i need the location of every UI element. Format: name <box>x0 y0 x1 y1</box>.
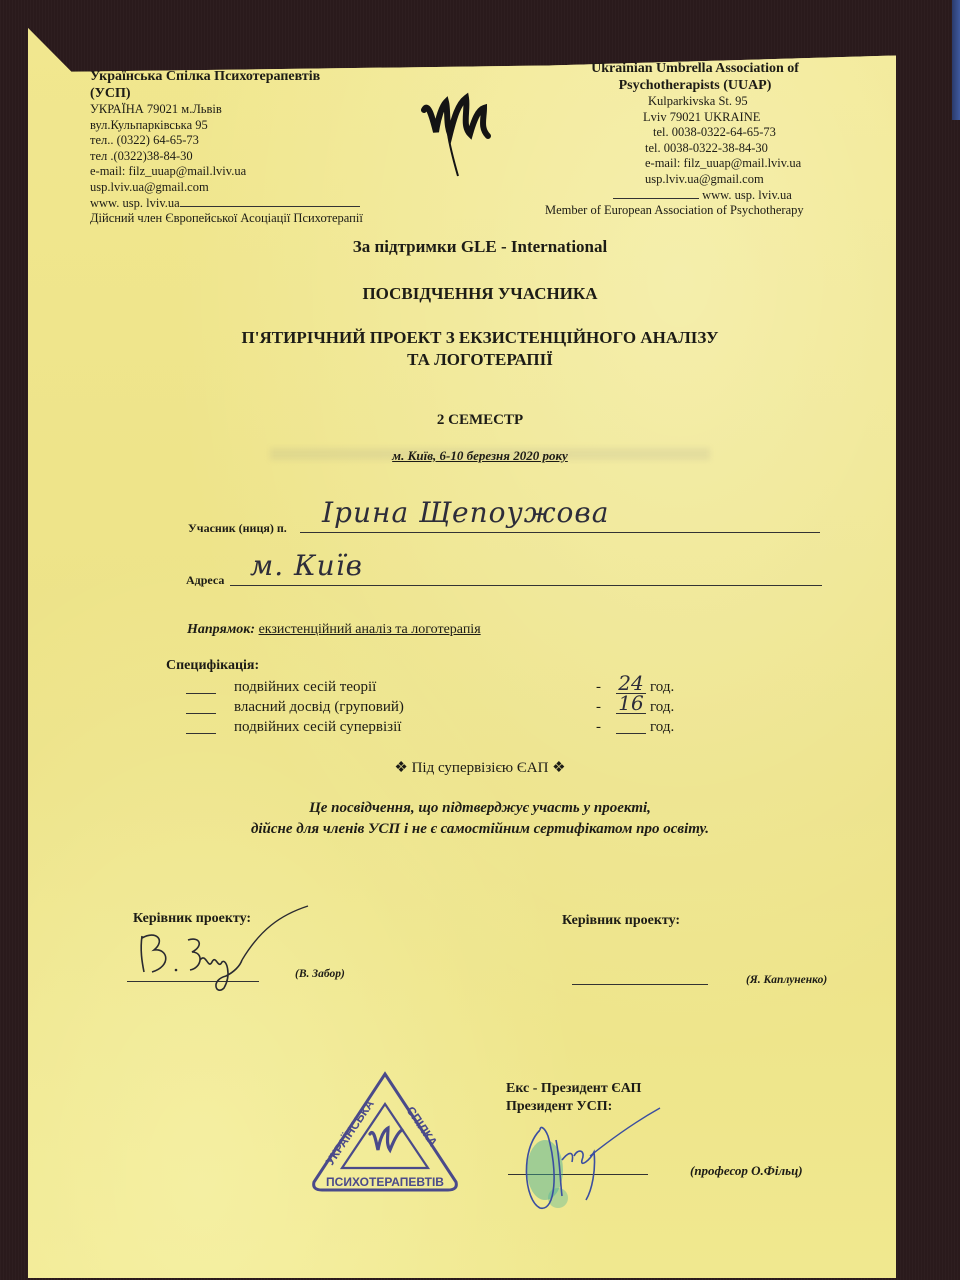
background-object <box>952 0 960 120</box>
president-signature-icon <box>500 1100 670 1220</box>
email-line: e-mail: filz_uuap@mail.lviv.ua <box>90 164 390 180</box>
header-left: Українська Спілка Психотерапевтів (УСП) … <box>90 68 390 227</box>
phone-line: тел.. (0322) 64-65-73 <box>90 133 390 149</box>
participant-label: Учасник (ниця) п. <box>188 521 287 536</box>
spec-row: власний досвід (груповий) - 16 год. <box>186 699 686 719</box>
participant-field: Ірина Щепоужова <box>300 500 820 533</box>
website-line: www. usp. lviv.ua <box>545 188 845 204</box>
org-abbr-ua: (УСП) <box>90 85 390 102</box>
phone-line: тел .(0322)38-84-30 <box>90 149 390 165</box>
org-name-ua: Українська Спілка Психотерапевтів <box>90 68 390 85</box>
header-right: Ukrainian Umbrella Association of Psycho… <box>545 60 845 219</box>
blank-line <box>186 719 216 734</box>
left-signatory-name: (В. Забор) <box>295 968 345 980</box>
direction-value: екзистенційний аналіз та логотерапія <box>259 622 481 637</box>
membership-ua: Дійсний член Європейської Асоціації Псих… <box>90 211 390 227</box>
membership-en: Member of European Association of Psycho… <box>545 203 845 219</box>
phone-line: tel. 0038-0322-38-84-30 <box>545 141 845 157</box>
email-line: e-mail: filz_uuap@mail.lviv.ua <box>545 156 845 172</box>
spec-row: подвійних сесій теорії - 24 год. <box>186 679 686 699</box>
project-title: П'ЯТИРІЧНИЙ ПРОЕКТ З ЕКЗИСТЕНЦІЙНОГО АНА… <box>0 327 960 371</box>
right-signatory-name: (Я. Каплуненко) <box>746 974 827 986</box>
usp-logo-icon <box>418 88 498 178</box>
place-date: м. Київ, 6-10 березня 2020 року <box>0 448 960 464</box>
organization-stamp: УКРАЇНСЬКА СПІЛКА ПСИХОТЕРАПЕВТІВ <box>310 1070 460 1195</box>
right-signature-label: Керівник проекту: <box>562 913 680 929</box>
blank-line <box>186 699 216 714</box>
direction: Напрямок: екзистенційний аналіз та логот… <box>187 622 481 638</box>
hours-value <box>616 711 646 734</box>
direction-label: Напрямок: <box>187 622 255 637</box>
address-line: УКРАЇНА 79021 м.Львів <box>90 102 390 118</box>
svg-text:СПІЛКА: СПІЛКА <box>404 1104 441 1149</box>
email-line: usp.lviv.ua@gmail.com <box>90 180 390 196</box>
supervision-line: ❖ Під супервізією ЄАП ❖ <box>0 758 960 777</box>
svg-text:ПСИХОТЕРАПЕВТІВ: ПСИХОТЕРАПЕВТІВ <box>326 1175 444 1189</box>
address-line: вул.Кульпарківська 95 <box>90 118 390 134</box>
address-label: Адреса <box>186 573 224 588</box>
phone-line: tel. 0038-0322-64-65-73 <box>545 125 845 141</box>
org-name-en: Ukrainian Umbrella Association of <box>545 60 845 77</box>
right-signature-line <box>572 970 708 985</box>
address-line: Lviv 79021 UKRAINE <box>545 110 845 126</box>
certificate-note: Це посвідчення, що підтверджує участь у … <box>0 798 960 840</box>
president-name: (професор О.Фільц) <box>690 1163 803 1179</box>
address-line: Kulparkivska St. 95 <box>545 94 845 110</box>
left-signature-icon <box>130 900 320 1010</box>
semester-title: 2 СЕМЕСТР <box>0 412 960 429</box>
address-field: м. Київ <box>230 553 822 586</box>
website-line: www. usp. lviv.ua <box>90 196 390 212</box>
certificate-title: ПОСВІДЧЕННЯ УЧАСНИКА <box>0 284 960 304</box>
email-line: usp.lviv.ua@gmail.com <box>545 172 845 188</box>
support-title: За підтримки GLE - International <box>0 237 960 257</box>
spec-row: подвійних сесій супервізії - год. <box>186 719 686 739</box>
specification-title: Специфікація: <box>166 658 259 674</box>
participant-value: Ірина Щепоужова <box>322 496 609 529</box>
divider <box>613 198 699 199</box>
address-value: м. Київ <box>250 549 363 582</box>
blank-line <box>186 679 216 694</box>
org-name-en-2: Psychotherapists (UUAP) <box>545 77 845 94</box>
divider <box>180 206 360 207</box>
